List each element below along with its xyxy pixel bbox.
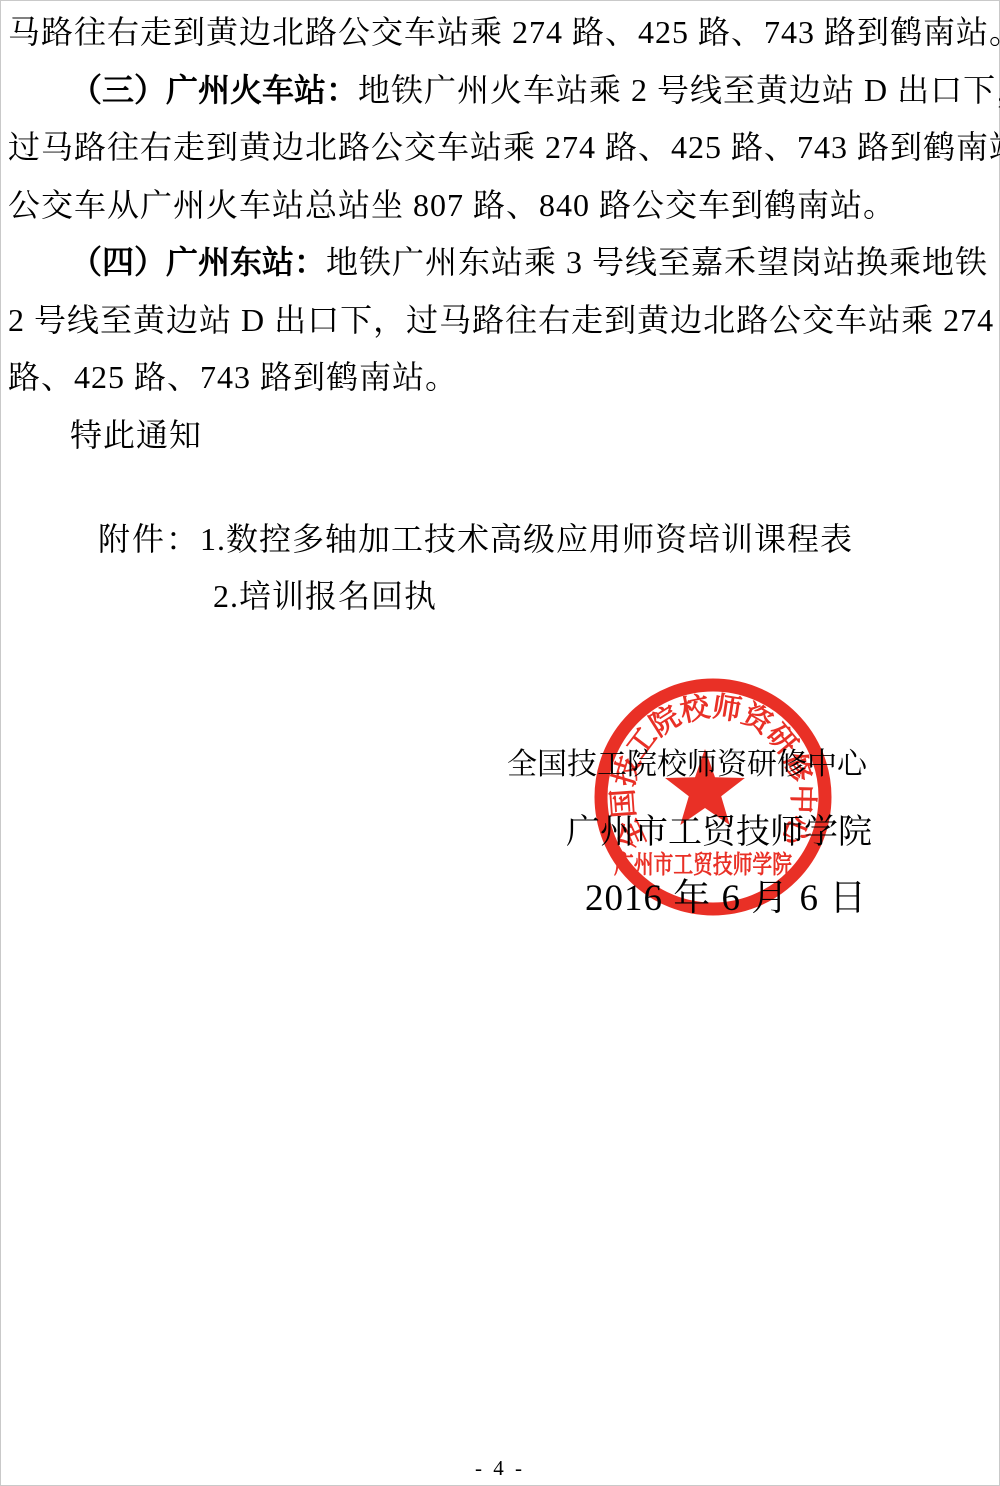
seal-bottom-text: 广州市工贸技师学院 [614,851,792,879]
body-text: 特此通知 [70,417,202,453]
attachment-item-1: 1.数控多轴加工技术高级应用师资培训课程表 [200,521,853,557]
paragraph-lead: （三）广州火车站： [70,72,358,108]
body-text-line-5: （四）广州东站：地铁广州东站乘 3 号线至嘉禾望岗站换乘地铁 [70,242,988,282]
body-text-line-2: （三）广州火车站：地铁广州火车站乘 2 号线至黄边站 D 出口下， [70,70,1000,110]
body-text: 2 号线至黄边站 D 出口下，过马路往右走到黄边北路公交车站乘 274 [8,302,994,338]
body-text-line-6: 2 号线至黄边站 D 出口下，过马路往右走到黄边北路公交车站乘 274 [8,300,994,340]
body-text: 地铁广州火车站乘 2 号线至黄边站 D 出口下， [358,72,1000,108]
attachment-item-2: 2.培训报名回执 [213,578,437,614]
attachment-line-2: 2.培训报名回执 [213,576,437,616]
body-text-line-7: 路、425 路、743 路到鹤南站。 [8,357,458,397]
page-number: - 4 - [0,1456,1000,1481]
body-text: 公交车从广州火车站总站坐 807 路、840 路公交车到鹤南站。 [8,187,896,223]
attachment-label: 附件： [98,521,200,557]
document-page: { "document": { "body_lines": [ { "bold"… [0,0,1000,1486]
body-text: 马路往右走到黄边北路公交车站乘 274 路、425 路、743 路到鹤南站。 [8,14,1000,50]
official-seal: 全国技工院校师资研修中心 广州市工贸技师学院 [593,677,833,917]
body-text-line-3: 过马路往右走到黄边北路公交车站乘 274 路、425 路、743 路到鹤南站； [8,127,1000,167]
attachment-line-1: 附件：1.数控多轴加工技术高级应用师资培训课程表 [98,519,853,559]
paragraph-lead: （四）广州东站： [70,244,326,280]
body-text-line-1: 马路往右走到黄边北路公交车站乘 274 路、425 路、743 路到鹤南站。 [8,12,1000,52]
body-text: 地铁广州东站乘 3 号线至嘉禾望岗站换乘地铁 [326,244,988,280]
closing-remark-line: 特此通知 [70,415,202,455]
body-text: 过马路往右走到黄边北路公交车站乘 274 路、425 路、743 路到鹤南站； [8,129,1000,165]
body-text-line-4: 公交车从广州火车站总站坐 807 路、840 路公交车到鹤南站。 [8,185,896,225]
seal-star-icon [665,749,745,825]
body-text: 路、425 路、743 路到鹤南站。 [8,359,458,395]
